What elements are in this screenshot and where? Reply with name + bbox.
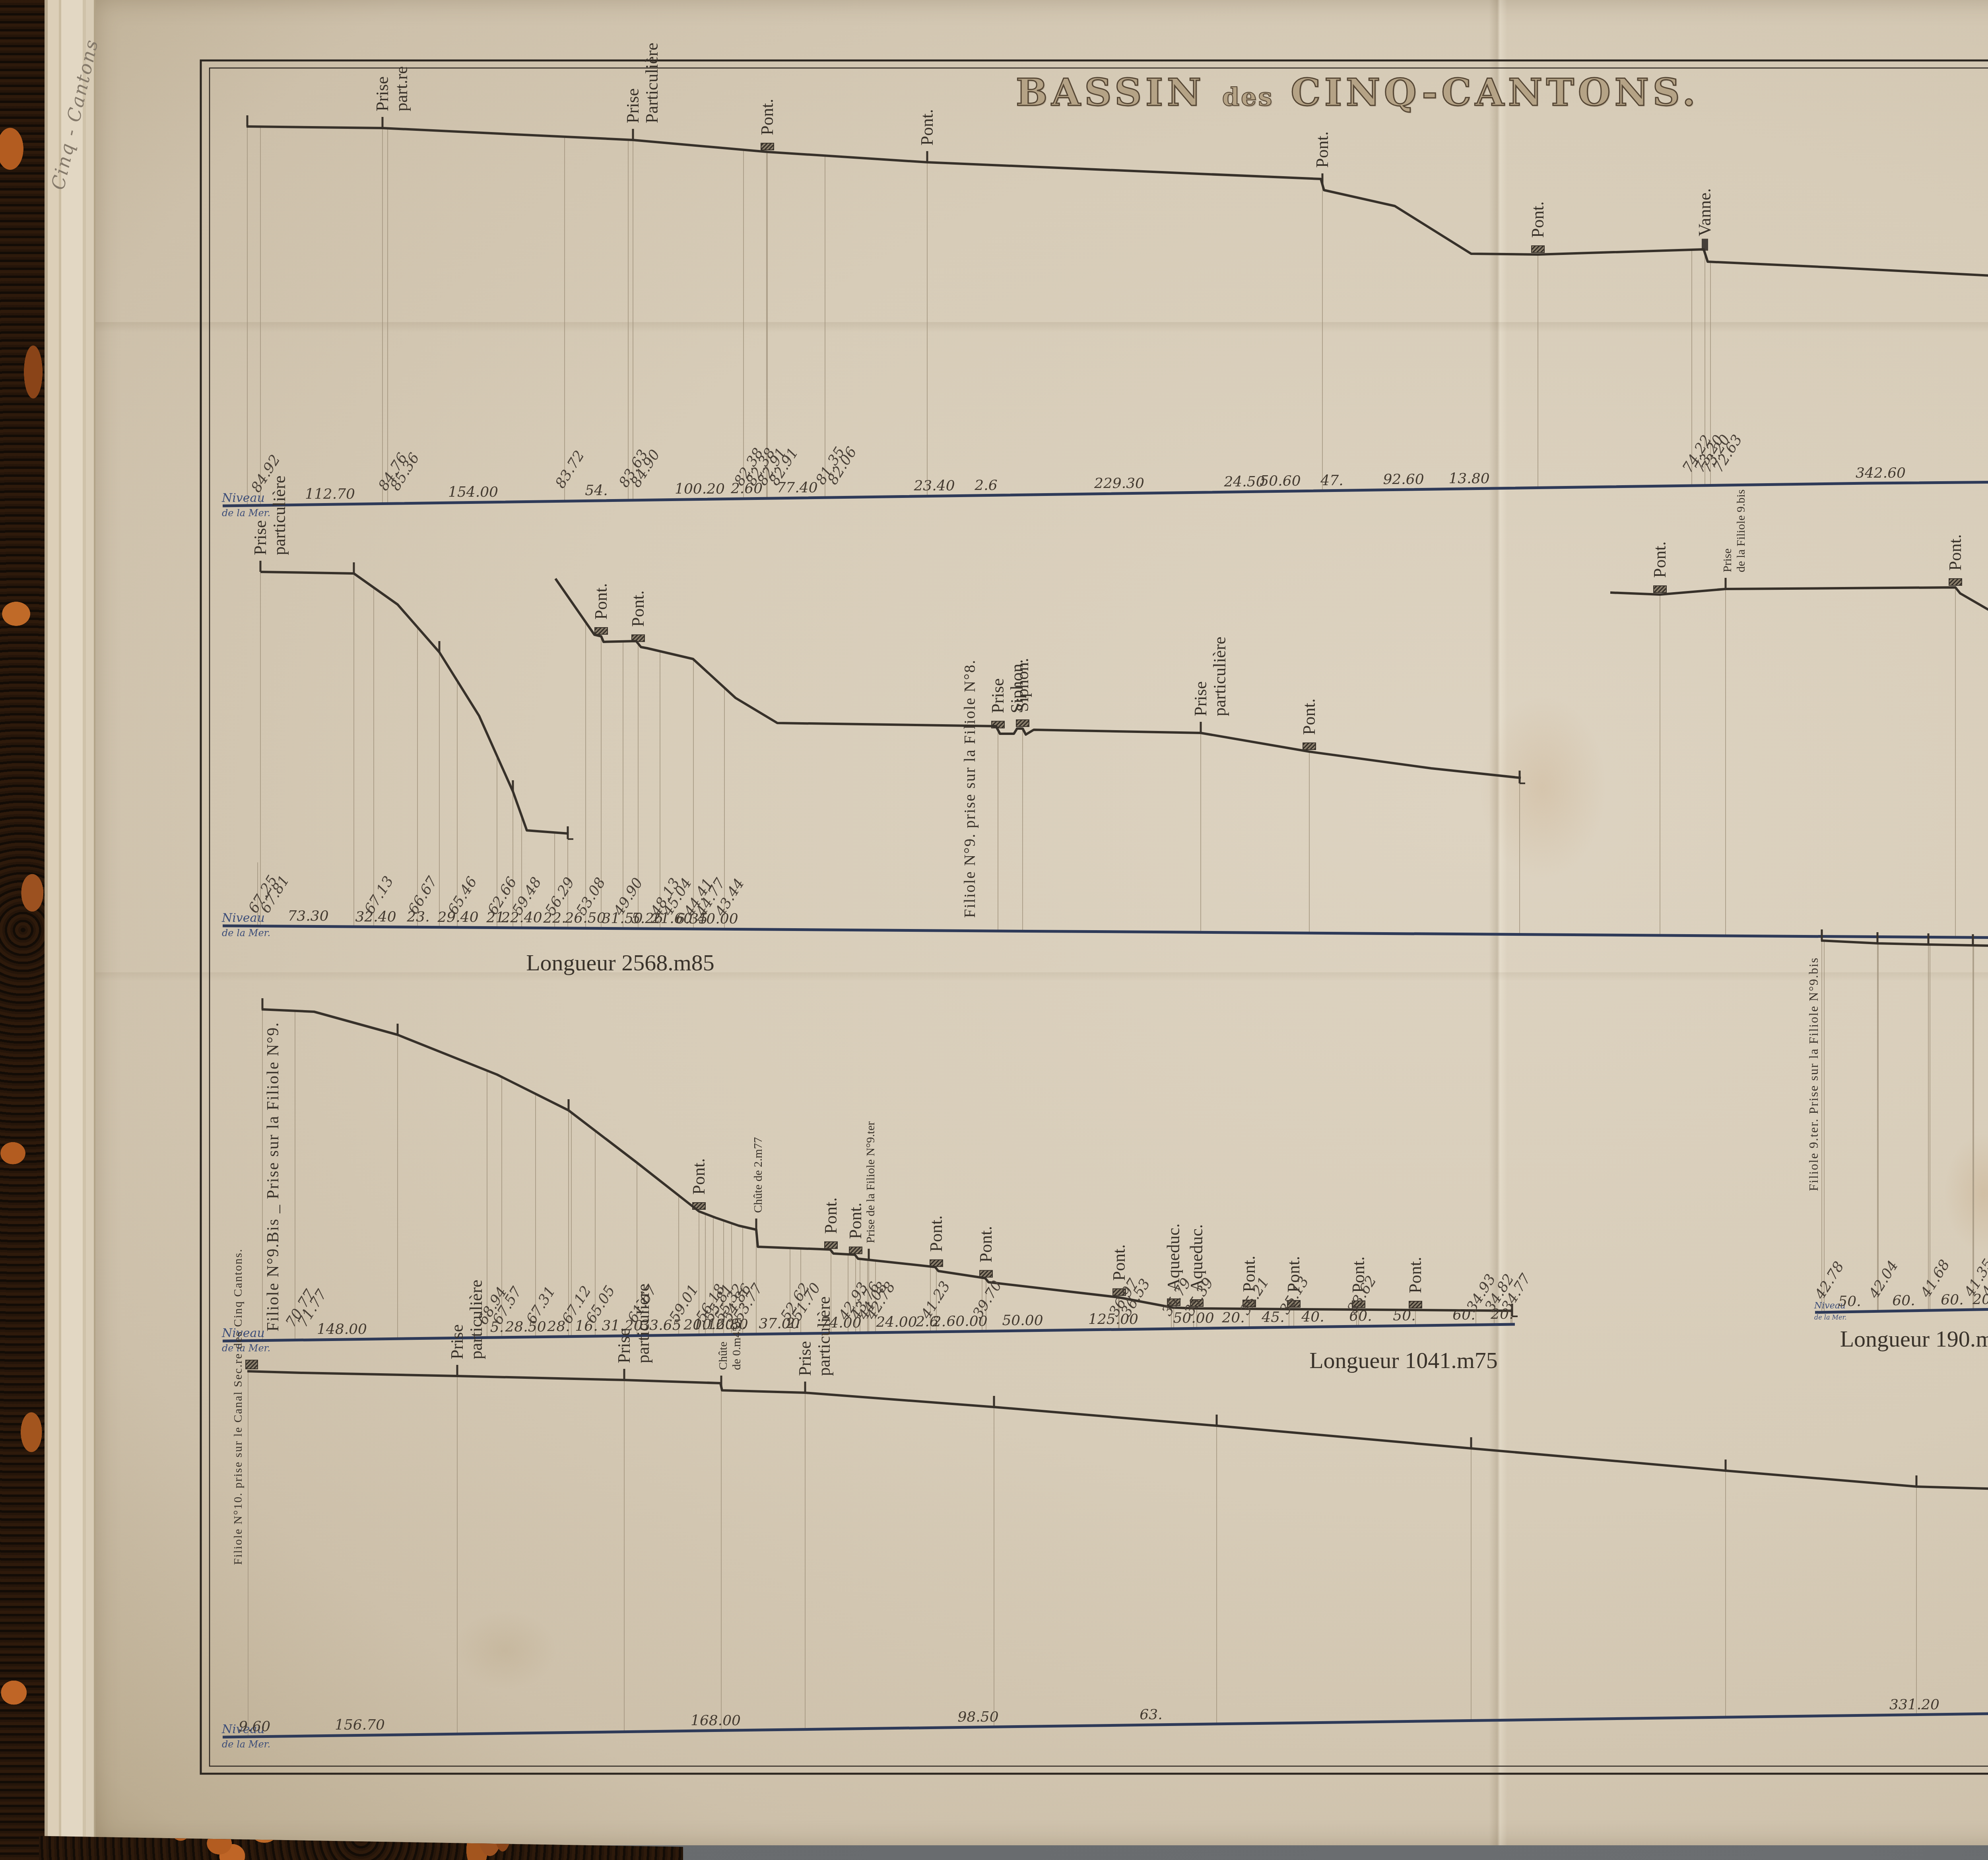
svg-text:Prise: Prise <box>623 88 643 123</box>
svg-text:23.40: 23.40 <box>913 478 955 494</box>
svg-text:92.60: 92.60 <box>1383 471 1424 488</box>
longueur-label: Longueur 1041.m75 <box>1309 1347 1498 1373</box>
svg-text:73.30: 73.30 <box>287 908 328 924</box>
svg-text:154.00: 154.00 <box>448 484 498 500</box>
profile-lines <box>262 1009 1513 1311</box>
svg-text:de la Mer.: de la Mer. <box>222 507 270 519</box>
profile-lines <box>260 562 1988 856</box>
svg-text:Particulière: Particulière <box>642 43 662 123</box>
book-scan: Prisepart.rePriseParticulièrePont.Pont.P… <box>0 0 1988 1860</box>
svg-text:Siphon.: Siphon. <box>1013 658 1032 712</box>
plate-svg: Prisepart.rePriseParticulièrePont.Pont.P… <box>0 0 1988 1860</box>
title-word-cinq-cantons: CINQ-CANTONS. <box>1291 71 1699 115</box>
title-word-des: des <box>1222 82 1274 111</box>
svg-text:Prise: Prise <box>795 1341 815 1376</box>
svg-text:Prise: Prise <box>614 1328 634 1363</box>
svg-text:50.: 50. <box>1393 1308 1415 1324</box>
stations: PriseparticulièrePriseparticulièreChûted… <box>246 1280 1988 1737</box>
svg-text:168.00: 168.00 <box>691 1712 741 1729</box>
svg-text:Pont.: Pont. <box>1312 131 1332 168</box>
svg-text:83.72: 83.72 <box>552 448 588 491</box>
plate-page: Prisepart.rePriseParticulièrePont.Pont.P… <box>95 0 1988 1845</box>
svg-text:63.: 63. <box>1140 1706 1162 1723</box>
svg-text:Pont.: Pont. <box>821 1197 841 1234</box>
svg-text:60.: 60. <box>1941 1292 1963 1308</box>
svg-text:98.50: 98.50 <box>957 1709 998 1725</box>
svg-text:Pont.: Pont. <box>628 591 648 627</box>
distance-numbers: 73.3032.4023.29.4021.22.4022.26.5031.505… <box>287 908 1988 939</box>
svg-text:part.re: part.re <box>392 66 411 111</box>
datum-line <box>223 926 1988 942</box>
svg-text:156.70: 156.70 <box>335 1717 385 1733</box>
longueur-label: Longueur 190.m00 <box>1840 1326 1988 1352</box>
svg-text:particulière: particulière <box>466 1280 486 1359</box>
svg-text:Pont.: Pont. <box>846 1203 865 1239</box>
svg-text:148.00: 148.00 <box>317 1321 367 1337</box>
svg-text:Prise: Prise <box>1191 681 1210 716</box>
datum-line <box>223 1710 1988 1737</box>
stations: PriseparticulièrePont.Pont.PriseSiphon.S… <box>250 476 1988 942</box>
svg-text:50.00: 50.00 <box>1002 1312 1043 1329</box>
band-heading: Filiole N°9. prise sur la Filiole N°8. <box>961 659 978 918</box>
svg-text:Pont.: Pont. <box>1109 1244 1129 1281</box>
svg-text:40.: 40. <box>1301 1309 1324 1325</box>
longueur-label: Longueur 2568.m85 <box>526 950 714 976</box>
svg-text:100.20: 100.20 <box>675 481 725 497</box>
svg-text:13.80: 13.80 <box>1448 470 1489 487</box>
svg-text:342.60: 342.60 <box>1856 465 1906 481</box>
svg-text:Prise de la Filiole N°9.ter: Prise de la Filiole N°9.ter <box>864 1121 877 1243</box>
svg-text:50.60: 50.60 <box>1260 473 1301 489</box>
band-heading: Filiole 9.ter. Prise sur la Filiole N°9.… <box>1806 957 1821 1191</box>
svg-text:de la Mer.: de la Mer. <box>1814 1314 1846 1321</box>
svg-text:60.: 60. <box>1892 1292 1915 1309</box>
guide-lines <box>1824 941 1988 1312</box>
guide-lines <box>258 587 1988 941</box>
svg-text:Prise: Prise <box>447 1324 467 1359</box>
svg-text:Chûte: Chûte <box>716 1341 730 1370</box>
svg-text:66.67: 66.67 <box>405 874 441 917</box>
svg-text:112.70: 112.70 <box>305 486 355 502</box>
svg-text:Pont.: Pont. <box>1406 1257 1425 1293</box>
svg-text:de la Mer.: de la Mer. <box>222 1739 270 1750</box>
svg-text:50.: 50. <box>1838 1293 1861 1310</box>
filiole-9-ter: Niveaude la Mer.Longueur 190.m0050.60.60… <box>1806 929 1988 1352</box>
band-heading: Filiole N°9.Bis _ Prise sur la Filiole N… <box>264 1022 282 1331</box>
band-heading: Filiole N°10. prise sur le Canal Sec.re … <box>231 1248 245 1565</box>
svg-text:Pont.: Pont. <box>591 583 611 620</box>
svg-text:Pont.: Pont. <box>1650 541 1670 578</box>
svg-text:Pont.: Pont. <box>917 109 937 146</box>
svg-text:39.70: 39.70 <box>970 1278 1005 1321</box>
svg-text:9.60: 9.60 <box>239 1718 270 1735</box>
profiles-drawing: Prisepart.rePriseParticulièrePont.Pont.P… <box>221 43 1988 1750</box>
plate-title: BASSIN des CINQ-CANTONS. <box>1016 71 1549 115</box>
svg-text:particulière: particulière <box>1210 637 1229 716</box>
svg-text:54.: 54. <box>585 482 608 499</box>
svg-text:229.30: 229.30 <box>1094 475 1144 492</box>
svg-text:Prise: Prise <box>1721 548 1734 572</box>
profile-lines <box>247 1371 1988 1526</box>
svg-text:Vanne.: Vanne. <box>1695 188 1714 236</box>
svg-text:de la Mer.: de la Mer. <box>222 927 270 939</box>
svg-text:particulière: particulière <box>270 476 289 555</box>
svg-text:de la Mer.: de la Mer. <box>222 1343 270 1354</box>
svg-text:Prise: Prise <box>373 76 392 111</box>
svg-text:Pont.: Pont. <box>689 1158 709 1195</box>
filiole-9-bis: Pont.Chûte de 2.m77Pont.Pont.Prise de la… <box>221 998 1534 1373</box>
stations <box>1822 929 1988 1312</box>
profile-lines <box>247 126 1988 314</box>
svg-text:Pont.: Pont. <box>1299 698 1319 735</box>
svg-text:24.00: 24.00 <box>876 1314 917 1330</box>
svg-text:331.20: 331.20 <box>1889 1697 1939 1713</box>
svg-text:2.6: 2.6 <box>974 477 997 494</box>
svg-text:Prise: Prise <box>988 678 1008 713</box>
svg-text:de 0.m45: de 0.m45 <box>730 1326 743 1370</box>
profile-lines <box>1821 941 1988 955</box>
svg-text:47.: 47. <box>1320 472 1343 489</box>
svg-text:Pont.: Pont. <box>926 1215 946 1252</box>
svg-text:Chûte de 2.m77: Chûte de 2.m77 <box>751 1137 765 1213</box>
canal-suite-et-filiole-9: PriseparticulièrePont.Pont.PriseSiphon.S… <box>221 476 1988 990</box>
svg-text:24.50: 24.50 <box>1223 474 1265 490</box>
svg-text:Pont.: Pont. <box>1528 201 1547 238</box>
svg-text:particulière: particulière <box>633 1284 653 1363</box>
svg-text:Prise: Prise <box>250 520 270 555</box>
svg-text:de la Filiole 9.bis: de la Filiole 9.bis <box>1734 490 1747 572</box>
svg-text:Pont.: Pont. <box>1945 534 1965 571</box>
title-word-bassin: BASSIN <box>1016 71 1205 115</box>
svg-text:Pont.: Pont. <box>757 99 777 135</box>
svg-text:Pont.: Pont. <box>976 1226 996 1263</box>
svg-text:particulière: particulière <box>814 1296 834 1376</box>
